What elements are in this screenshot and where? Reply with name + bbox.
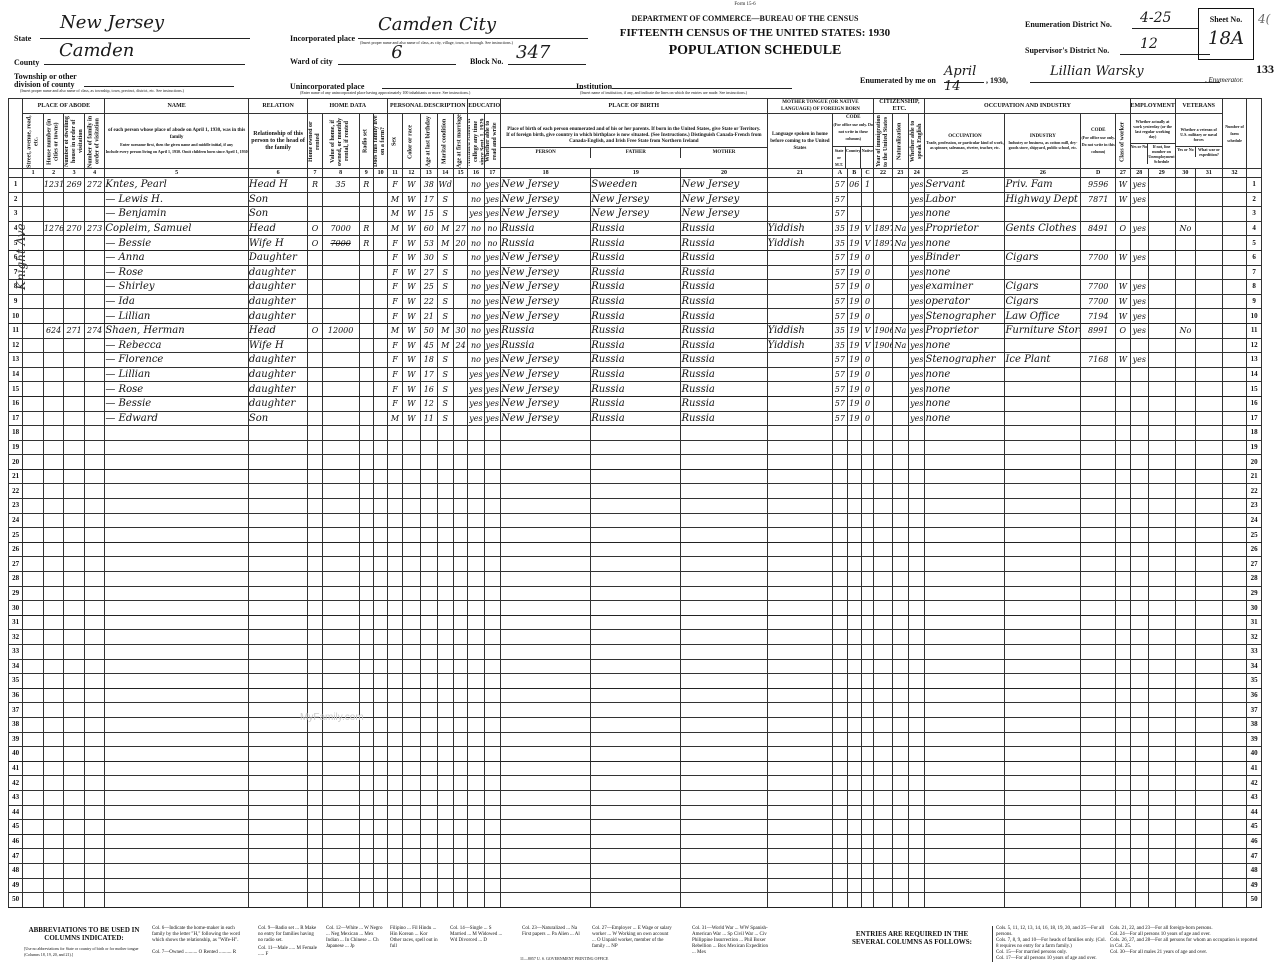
cell-birth-mother[interactable]: Russia [681,323,767,338]
cell-immigration[interactable] [874,790,892,805]
cell-code-a[interactable] [833,717,847,732]
cell-age[interactable]: 45 [421,338,437,353]
cell-marital[interactable] [437,820,453,835]
cell-vet-war[interactable] [1196,528,1223,543]
cell-literate[interactable] [484,717,500,732]
cell-dwelling[interactable] [64,499,85,514]
cell-age-marriage[interactable] [453,659,467,674]
cell-code-c[interactable]: V [861,236,873,251]
cell-name[interactable] [105,484,249,499]
cell-school[interactable]: no [468,323,484,338]
cell-occ-code[interactable] [1081,499,1116,514]
cell-language[interactable] [767,426,833,441]
cell-industry[interactable] [1005,615,1081,630]
cell-vet[interactable] [1175,820,1196,835]
cell-farm-sched[interactable] [1222,893,1247,908]
cell-race[interactable] [402,440,420,455]
cell-sex[interactable]: F [388,353,402,368]
cell-school[interactable] [468,790,484,805]
cell-occupation[interactable] [925,542,1005,557]
cell-marital[interactable]: S [437,411,453,426]
cell-code-a[interactable]: 35 [833,221,847,236]
cell-literate[interactable] [484,645,500,660]
cell-occ-code[interactable] [1081,878,1116,893]
cell-vet-war[interactable] [1196,250,1223,265]
cell-house[interactable] [43,426,64,441]
cell-naturalization[interactable] [892,294,908,309]
cell-birth-person[interactable] [501,469,591,484]
cell-school[interactable]: yes [468,411,484,426]
cell-industry[interactable] [1005,703,1081,718]
cell-immigration[interactable] [874,484,892,499]
cell-birth-person[interactable] [501,805,591,820]
cell-birth-person[interactable] [501,426,591,441]
cell-family[interactable] [84,426,105,441]
cell-street[interactable] [23,440,44,455]
cell-marital[interactable]: S [437,207,453,222]
cell-marital[interactable] [437,557,453,572]
cell-code-a[interactable] [833,513,847,528]
cell-code-b[interactable] [847,630,861,645]
cell-occupation[interactable] [925,674,1005,689]
cell-dwelling[interactable] [64,747,85,762]
cell-class[interactable] [1116,586,1130,601]
cell-farm[interactable] [373,440,387,455]
cell-code-b[interactable]: 19 [847,280,861,295]
cell-emp[interactable] [1130,542,1148,557]
cell-radio[interactable] [359,382,373,397]
cell-school[interactable] [468,542,484,557]
cell-dwelling[interactable] [64,688,85,703]
cell-race[interactable] [402,849,420,864]
cell-emp[interactable] [1130,893,1148,908]
cell-relation[interactable] [248,645,307,660]
cell-school[interactable] [468,747,484,762]
cell-relation[interactable] [248,499,307,514]
cell-vet[interactable] [1175,484,1196,499]
cell-family[interactable] [84,790,105,805]
cell-immigration[interactable] [874,455,892,470]
cell-radio[interactable] [359,367,373,382]
cell-birth-person[interactable]: New Jersey [501,192,591,207]
cell-class[interactable] [1116,849,1130,864]
cell-name[interactable]: — Lewis H. [105,192,249,207]
cell-literate[interactable]: yes [484,280,500,295]
cell-vet[interactable] [1175,178,1196,193]
cell-name[interactable] [105,426,249,441]
cell-street[interactable] [23,761,44,776]
cell-naturalization[interactable]: Na [892,236,908,251]
cell-farm[interactable] [373,411,387,426]
cell-literate[interactable] [484,688,500,703]
cell-vet[interactable] [1175,688,1196,703]
cell-relation[interactable] [248,542,307,557]
cell-emp-line[interactable] [1148,586,1175,601]
cell-farm[interactable] [373,469,387,484]
cell-sex[interactable] [388,688,402,703]
cell-code-b[interactable] [847,601,861,616]
cell-vet-war[interactable] [1196,426,1223,441]
cell-code-c[interactable] [861,615,873,630]
cell-code-c[interactable] [861,455,873,470]
cell-street[interactable] [23,323,44,338]
cell-birth-mother[interactable] [681,893,767,908]
cell-birth-mother[interactable] [681,542,767,557]
cell-age-marriage[interactable] [453,382,467,397]
cell-language[interactable] [767,396,833,411]
cell-literate[interactable] [484,776,500,791]
cell-marital[interactable]: S [437,353,453,368]
cell-age[interactable] [421,863,437,878]
cell-occ-code[interactable] [1081,615,1116,630]
cell-immigration[interactable] [874,717,892,732]
cell-literate[interactable] [484,805,500,820]
cell-emp[interactable] [1130,659,1148,674]
cell-street[interactable] [23,426,44,441]
cell-code-c[interactable]: 1 [861,178,873,193]
cell-vet[interactable]: No [1175,323,1196,338]
cell-english[interactable]: yes [909,353,925,368]
cell-race[interactable]: W [402,411,420,426]
cell-birth-father[interactable]: Russia [591,221,681,236]
cell-birth-father[interactable] [591,601,681,616]
cell-emp[interactable] [1130,396,1148,411]
cell-immigration[interactable] [874,382,892,397]
cell-birth-person[interactable] [501,747,591,762]
cell-relation[interactable]: daughter [248,294,307,309]
cell-code-a[interactable] [833,834,847,849]
cell-relation[interactable] [248,572,307,587]
cell-marital[interactable]: S [437,265,453,280]
cell-emp[interactable] [1130,761,1148,776]
cell-farm-sched[interactable] [1222,178,1247,193]
cell-emp[interactable] [1130,557,1148,572]
cell-birth-mother[interactable]: Russia [681,265,767,280]
cell-name[interactable] [105,469,249,484]
cell-family[interactable] [84,776,105,791]
cell-family[interactable] [84,294,105,309]
cell-emp[interactable] [1130,382,1148,397]
cell-birth-person[interactable]: New Jersey [501,353,591,368]
cell-farm-sched[interactable] [1222,615,1247,630]
cell-age[interactable] [421,761,437,776]
cell-marital[interactable] [437,572,453,587]
cell-marital[interactable] [437,732,453,747]
cell-name[interactable]: — Edward [105,411,249,426]
cell-relation[interactable] [248,557,307,572]
cell-english[interactable] [909,426,925,441]
cell-code-a[interactable] [833,572,847,587]
cell-owned[interactable] [308,265,322,280]
cell-value[interactable] [322,747,359,762]
cell-school[interactable] [468,834,484,849]
cell-age-marriage[interactable] [453,207,467,222]
cell-name[interactable]: — Anna [105,250,249,265]
cell-code-a[interactable] [833,732,847,747]
cell-emp[interactable] [1130,703,1148,718]
cell-code-a[interactable] [833,426,847,441]
cell-house[interactable] [43,776,64,791]
cell-owned[interactable] [308,455,322,470]
cell-farm-sched[interactable] [1222,353,1247,368]
cell-birth-person[interactable] [501,893,591,908]
cell-code-c[interactable] [861,542,873,557]
cell-class[interactable]: W [1116,178,1130,193]
cell-owned[interactable] [308,557,322,572]
cell-age-marriage[interactable] [453,615,467,630]
cell-birth-person[interactable]: New Jersey [501,294,591,309]
cell-age-marriage[interactable] [453,805,467,820]
cell-race[interactable] [402,805,420,820]
cell-emp[interactable] [1130,834,1148,849]
cell-farm[interactable] [373,790,387,805]
cell-house[interactable]: 1276 [43,221,64,236]
cell-code-a[interactable]: 57 [833,353,847,368]
cell-birth-person[interactable]: Russia [501,338,591,353]
cell-farm-sched[interactable] [1222,382,1247,397]
cell-language[interactable] [767,761,833,776]
cell-family[interactable] [84,280,105,295]
cell-industry[interactable] [1005,338,1081,353]
cell-farm-sched[interactable] [1222,367,1247,382]
cell-value[interactable]: 7000 [322,236,359,251]
cell-immigration[interactable] [874,192,892,207]
cell-code-a[interactable] [833,528,847,543]
cell-school[interactable]: no [468,178,484,193]
cell-vet[interactable] [1175,863,1196,878]
cell-age[interactable] [421,849,437,864]
cell-birth-person[interactable]: New Jersey [501,411,591,426]
cell-farm-sched[interactable] [1222,323,1247,338]
cell-radio[interactable] [359,323,373,338]
cell-language[interactable] [767,484,833,499]
cell-radio[interactable] [359,265,373,280]
cell-family[interactable] [84,265,105,280]
cell-vet-war[interactable] [1196,469,1223,484]
cell-industry[interactable] [1005,659,1081,674]
cell-literate[interactable]: yes [484,207,500,222]
cell-birth-person[interactable] [501,513,591,528]
cell-code-c[interactable] [861,805,873,820]
cell-code-a[interactable]: 57 [833,250,847,265]
cell-code-c[interactable] [861,528,873,543]
cell-birth-mother[interactable] [681,615,767,630]
cell-value[interactable] [322,863,359,878]
cell-age-marriage[interactable] [453,761,467,776]
cell-emp-line[interactable] [1148,790,1175,805]
cell-school[interactable]: no [468,192,484,207]
cell-birth-person[interactable] [501,863,591,878]
cell-school[interactable] [468,878,484,893]
cell-literate[interactable] [484,528,500,543]
cell-relation[interactable]: Son [248,192,307,207]
cell-house[interactable]: 624 [43,323,64,338]
cell-english[interactable] [909,834,925,849]
cell-english[interactable] [909,601,925,616]
cell-sex[interactable] [388,703,402,718]
cell-naturalization[interactable] [892,820,908,835]
cell-birth-father[interactable] [591,513,681,528]
cell-owned[interactable] [308,586,322,601]
cell-age-marriage[interactable] [453,688,467,703]
cell-code-b[interactable]: 19 [847,353,861,368]
cell-emp[interactable] [1130,732,1148,747]
cell-value[interactable] [322,820,359,835]
cell-literate[interactable] [484,630,500,645]
cell-immigration[interactable] [874,207,892,222]
cell-house[interactable] [43,528,64,543]
cell-age-marriage[interactable] [453,747,467,762]
cell-house[interactable] [43,849,64,864]
cell-owned[interactable] [308,382,322,397]
cell-class[interactable]: O [1116,221,1130,236]
cell-race[interactable] [402,630,420,645]
cell-industry[interactable] [1005,849,1081,864]
cell-english[interactable]: yes [909,323,925,338]
cell-farm[interactable] [373,688,387,703]
cell-emp-line[interactable] [1148,221,1175,236]
cell-race[interactable] [402,834,420,849]
cell-owned[interactable] [308,440,322,455]
cell-class[interactable] [1116,893,1130,908]
cell-family[interactable] [84,893,105,908]
cell-emp[interactable] [1130,528,1148,543]
cell-value[interactable] [322,805,359,820]
cell-age-marriage[interactable] [453,280,467,295]
cell-farm[interactable] [373,776,387,791]
cell-dwelling[interactable] [64,645,85,660]
cell-relation[interactable] [248,863,307,878]
cell-birth-father[interactable]: Russia [591,323,681,338]
cell-birth-mother[interactable]: Russia [681,280,767,295]
cell-birth-mother[interactable]: New Jersey [681,178,767,193]
cell-immigration[interactable] [874,805,892,820]
cell-family[interactable]: 272 [84,178,105,193]
cell-vet-war[interactable] [1196,207,1223,222]
cell-vet[interactable] [1175,615,1196,630]
cell-age[interactable] [421,645,437,660]
cell-english[interactable]: yes [909,265,925,280]
cell-literate[interactable]: yes [484,338,500,353]
cell-code-c[interactable] [861,207,873,222]
cell-class[interactable] [1116,805,1130,820]
cell-industry[interactable] [1005,878,1081,893]
cell-street[interactable] [23,615,44,630]
cell-street[interactable] [23,572,44,587]
cell-vet-war[interactable] [1196,323,1223,338]
cell-marital[interactable] [437,834,453,849]
cell-name[interactable]: — Florence [105,353,249,368]
cell-industry[interactable] [1005,761,1081,776]
cell-industry[interactable] [1005,440,1081,455]
cell-language[interactable] [767,192,833,207]
cell-age-marriage[interactable] [453,586,467,601]
cell-street[interactable] [23,294,44,309]
cell-language[interactable] [767,732,833,747]
cell-code-b[interactable] [847,557,861,572]
cell-relation[interactable] [248,717,307,732]
cell-farm-sched[interactable] [1222,601,1247,616]
cell-vet-war[interactable] [1196,688,1223,703]
cell-name[interactable] [105,528,249,543]
cell-language[interactable] [767,790,833,805]
cell-literate[interactable] [484,747,500,762]
cell-owned[interactable] [308,250,322,265]
cell-naturalization[interactable]: Na [892,338,908,353]
cell-code-c[interactable] [861,499,873,514]
cell-immigration[interactable] [874,863,892,878]
cell-occ-code[interactable] [1081,790,1116,805]
cell-language[interactable] [767,440,833,455]
cell-naturalization[interactable] [892,572,908,587]
cell-language[interactable] [767,528,833,543]
cell-dwelling[interactable] [64,250,85,265]
cell-radio[interactable] [359,893,373,908]
cell-marital[interactable] [437,586,453,601]
cell-occ-code[interactable]: 8991 [1081,323,1116,338]
cell-radio[interactable] [359,586,373,601]
cell-family[interactable] [84,469,105,484]
cell-code-b[interactable] [847,688,861,703]
cell-code-a[interactable] [833,703,847,718]
cell-code-c[interactable]: 0 [861,353,873,368]
cell-emp[interactable]: yes [1130,323,1148,338]
cell-vet[interactable] [1175,645,1196,660]
cell-relation[interactable]: daughter [248,367,307,382]
cell-sex[interactable] [388,440,402,455]
cell-birth-mother[interactable] [681,469,767,484]
cell-age-marriage[interactable] [453,572,467,587]
cell-emp-line[interactable] [1148,280,1175,295]
cell-code-c[interactable] [861,557,873,572]
cell-name[interactable] [105,776,249,791]
cell-marital[interactable] [437,630,453,645]
cell-code-a[interactable] [833,615,847,630]
cell-age[interactable] [421,878,437,893]
cell-race[interactable] [402,645,420,660]
cell-radio[interactable] [359,469,373,484]
cell-birth-father[interactable] [591,426,681,441]
cell-house[interactable] [43,513,64,528]
cell-birth-father[interactable] [591,630,681,645]
cell-language[interactable] [767,382,833,397]
cell-street[interactable] [23,747,44,762]
cell-farm[interactable] [373,572,387,587]
cell-code-c[interactable] [861,192,873,207]
cell-owned[interactable]: R [308,178,322,193]
cell-birth-person[interactable] [501,703,591,718]
cell-class[interactable] [1116,820,1130,835]
cell-code-c[interactable] [861,674,873,689]
cell-language[interactable]: Yiddish [767,221,833,236]
cell-race[interactable]: W [402,294,420,309]
cell-relation[interactable] [248,820,307,835]
cell-age[interactable] [421,834,437,849]
cell-literate[interactable] [484,440,500,455]
cell-emp[interactable] [1130,469,1148,484]
cell-english[interactable] [909,572,925,587]
cell-code-b[interactable]: 19 [847,396,861,411]
cell-dwelling[interactable] [64,615,85,630]
cell-street[interactable] [23,805,44,820]
cell-radio[interactable] [359,790,373,805]
cell-relation[interactable]: daughter [248,382,307,397]
cell-immigration[interactable] [874,645,892,660]
cell-family[interactable] [84,878,105,893]
cell-marital[interactable] [437,542,453,557]
cell-birth-person[interactable] [501,790,591,805]
cell-literate[interactable] [484,426,500,441]
